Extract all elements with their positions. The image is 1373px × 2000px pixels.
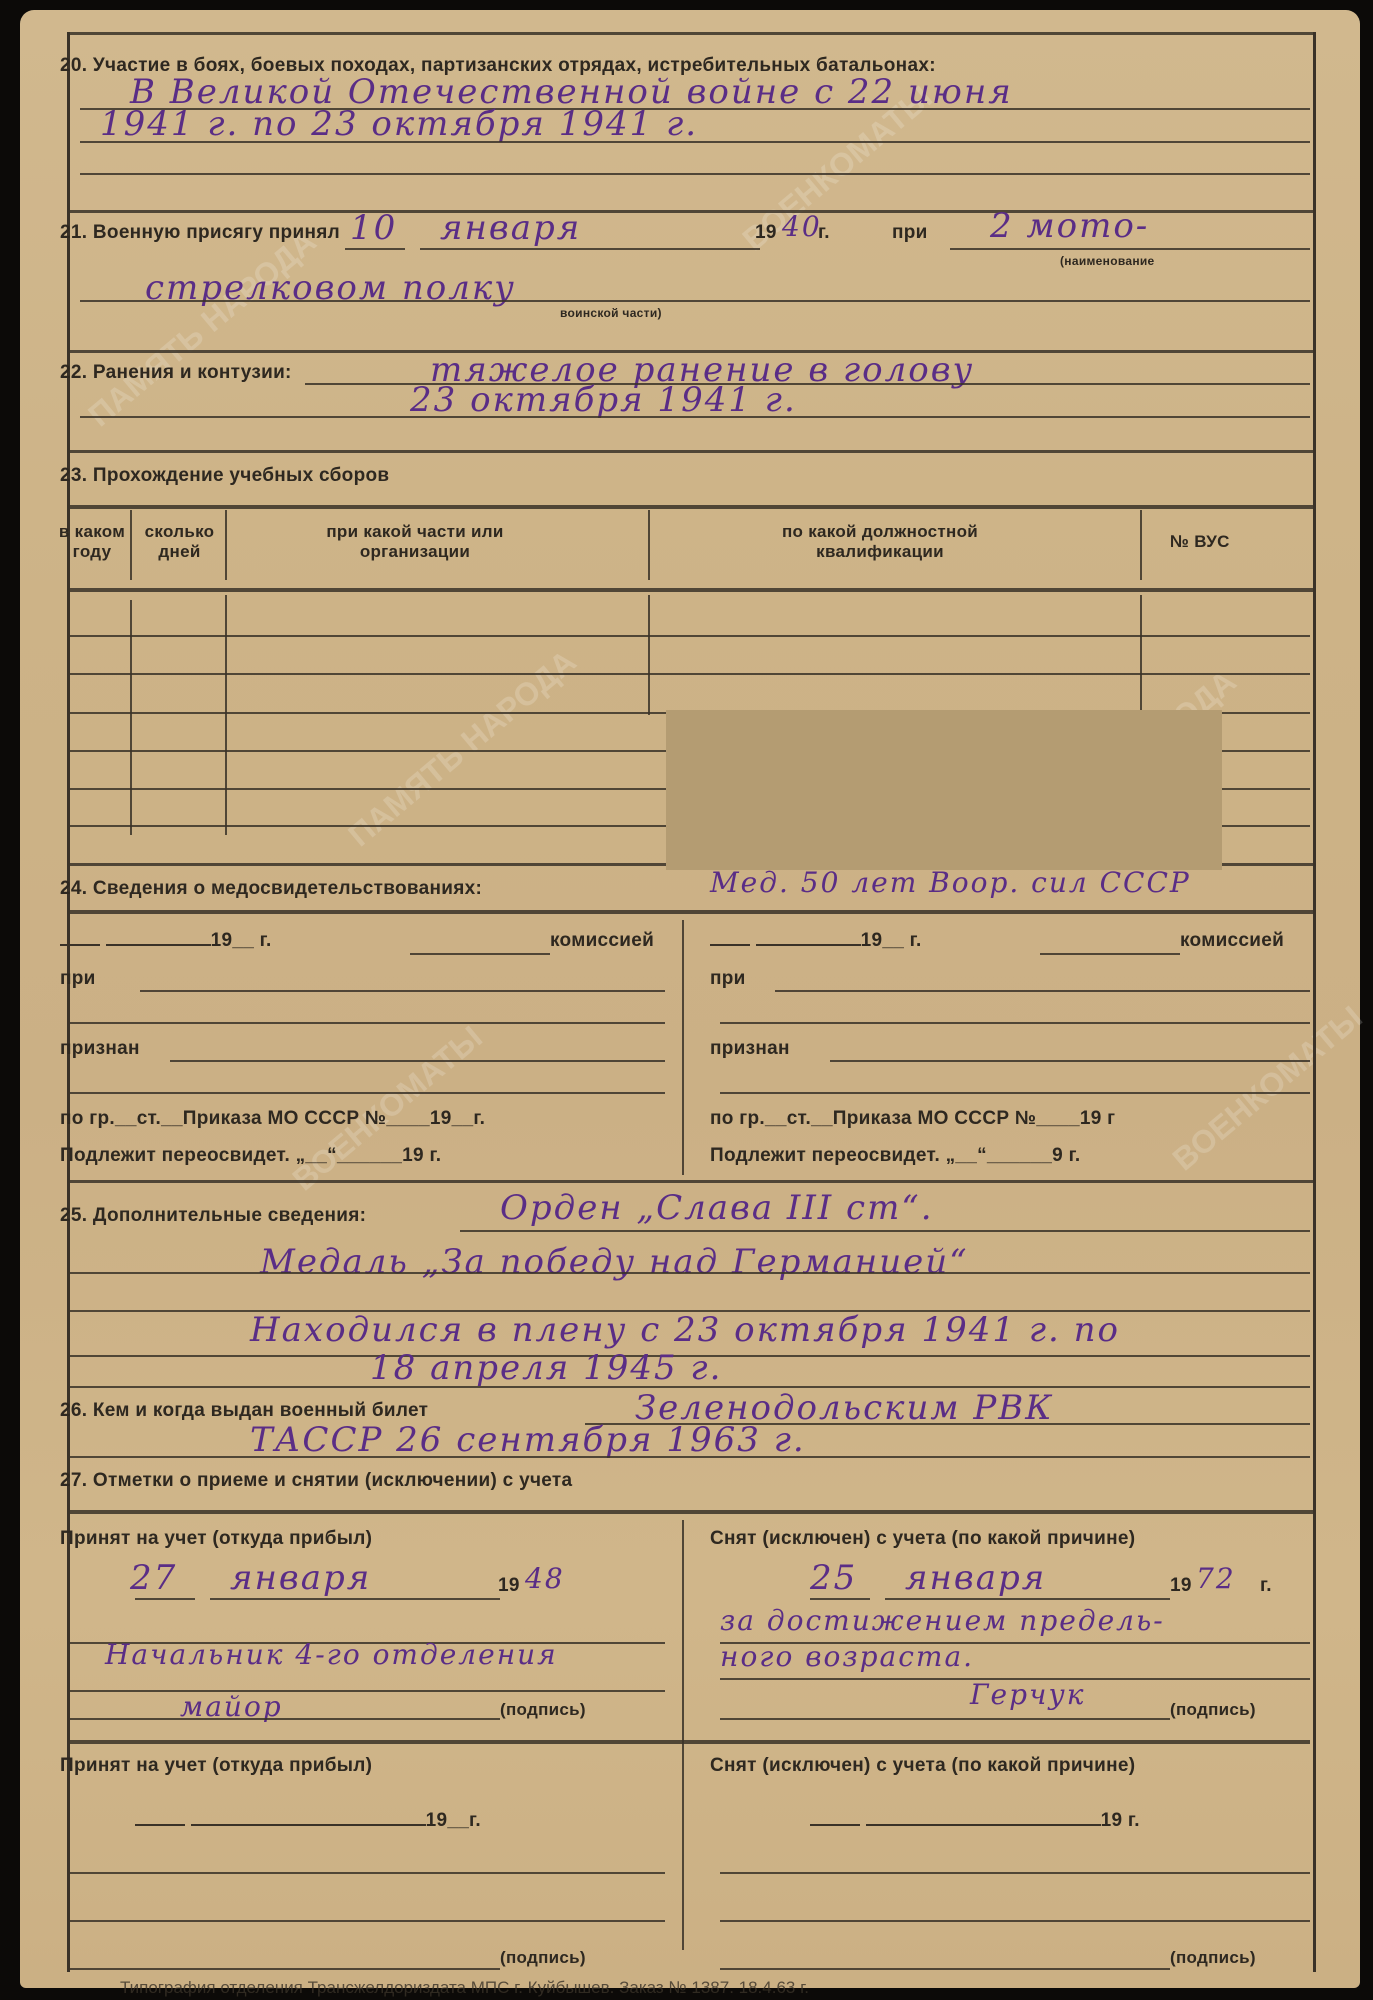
table-row [70,635,1310,637]
rule [80,416,1310,418]
oath-year-unit: г. [818,222,830,244]
section-22-label: 22. Ранения и контузии: [60,362,292,384]
rule [80,173,1310,175]
rule [67,450,1313,453]
rule [70,1718,500,1720]
rule [70,1872,665,1874]
rule [420,248,760,250]
accepted-label: Принят на учет (откуда прибыл) [60,1528,372,1550]
document-page: ВОЕНКОМАТЫ ПАМЯТЬ НАРОДА ПАМЯТЬ НАРОДА П… [20,10,1360,1988]
removed-label-2: Снят (исключен) с учета (по какой причин… [710,1755,1135,1777]
removed-year-unit: г. [1260,1575,1272,1597]
accepted-month: января [230,1558,371,1598]
rule [720,1920,1310,1922]
rule [70,1690,665,1692]
caption-unit-name: (наименование [1060,254,1155,268]
rule [810,1598,870,1600]
rule [720,1968,1170,1970]
removed-signature-caption: (подпись) [1170,1700,1256,1720]
rule [775,990,1310,992]
rule [720,1022,1310,1024]
accepted-signature-caption: (подпись) [500,1700,586,1720]
medical-right-order: по гр.__ст.__Приказа МО СССР №____19 г [710,1108,1115,1130]
medical-left-order: по гр.__ст.__Приказа МО СССР №____19__г. [60,1108,485,1130]
rule [140,990,665,992]
oath-unit-line1: 2 мото- [990,206,1149,246]
redacted-area [666,710,1222,870]
removed-date-2: 19 г. [810,1810,1140,1832]
removed-signature: Герчук [970,1678,1085,1711]
medical-left-at: при [60,968,96,990]
rule [225,595,227,835]
form-frame [67,32,1316,1972]
printer-footer: Типография отделения Трансжелдориздата М… [120,1978,809,1998]
medical-right-date: 19__ г. [710,930,922,952]
rule [345,248,405,250]
rule [67,32,1313,35]
rule [460,1230,1310,1232]
rule [67,588,1313,592]
rule [885,1598,1170,1600]
rule [67,910,1313,914]
rule [67,1180,1313,1183]
section-21-label: 21. Военную присягу принял [60,222,340,244]
rule [70,1456,1310,1458]
removed-day: 25 [810,1558,857,1598]
rule [1140,595,1142,715]
rule [682,920,684,1175]
rule [720,1718,1170,1720]
section-26-label: 26. Кем и когда выдан военный билет [60,1400,428,1422]
rule [70,1022,665,1024]
accepted-label-2: Принят на учет (откуда прибыл) [60,1755,372,1777]
rule [830,1060,1310,1062]
rule [720,1092,1310,1094]
caption-military-unit: воинской части) [560,306,662,320]
rule [648,510,650,580]
oath-year-suffix: 40 [782,210,822,243]
accepted-date-2: 19__г. [135,1810,481,1832]
oath-year-prefix: 19 [755,222,777,244]
section-23-label: 23. Прохождение учебных сборов [60,465,389,487]
rule [410,953,550,955]
col-vus: № ВУС [1170,532,1230,552]
rule [67,1510,1313,1514]
accepted-official-line1: Начальник 4-го отделения [105,1638,558,1671]
medical-left-recheck: Подлежит переосвидет. „__“______19 г. [60,1145,441,1167]
section-24-label: 24. Сведения о медосвидетельствованиях: [60,878,482,900]
rule [130,510,132,580]
additional-line2: Медаль „За победу над Германией“ [260,1242,969,1282]
oath-at-label: при [892,222,928,244]
rule [80,300,1310,302]
rule [70,1968,500,1970]
oath-unit-line2: стрелковом полку [145,268,516,308]
rule [720,1872,1310,1874]
removed-label: Снят (исключен) с учета (по какой причин… [710,1528,1135,1550]
removed-month: января [905,1558,1046,1598]
additional-line1: Орден „Слава III ст“. [500,1188,934,1228]
accepted-year-prefix: 19 [498,1575,520,1597]
section-20-handwritten-line2: 1941 г. по 23 октября 1941 г. [100,104,698,144]
oath-month: января [440,208,581,248]
rule [1140,510,1142,580]
oath-day: 10 [350,208,397,248]
rule [1040,953,1180,955]
rule [950,248,1310,250]
wounds-line2: 23 октября 1941 г. [410,380,797,420]
additional-line4: 18 апреля 1945 г. [370,1348,722,1388]
accepted-signature-caption-2: (подпись) [500,1948,586,1968]
rule [70,1740,1310,1744]
rule [170,1060,665,1062]
medical-right-recheck: Подлежит переосвидет. „__“______9 г. [710,1145,1080,1167]
medical-right-found: признан [710,1038,790,1060]
accepted-year-suffix: 48 [525,1562,565,1595]
rule [80,141,1310,143]
rule [210,1598,500,1600]
accepted-day: 27 [130,1558,177,1598]
removed-reason-line2: ного возраста. [720,1640,974,1673]
removed-year-prefix: 19 [1170,1575,1192,1597]
removed-reason-line1: за достижением предель- [720,1604,1165,1637]
medical-handwritten: Мед. 50 лет Воор. сил СССР [710,866,1191,899]
medical-left-found: признан [60,1038,140,1060]
rule [70,1272,1310,1274]
medical-left-commission: комиссией [550,930,654,952]
rule [225,510,227,580]
rule [70,1920,665,1922]
rule [648,595,650,715]
rule [682,1520,684,1950]
rule [67,505,1313,509]
section-25-label: 25. Дополнительные сведения: [60,1205,366,1227]
medical-left-date: 19__ г. [60,930,272,952]
medical-right-at: при [710,968,746,990]
col-unit: при какой части или организации [280,522,550,562]
section-27-label: 27. Отметки о приеме и снятии (исключени… [60,1470,572,1492]
table-row [70,673,1310,675]
col-year: в каком году [52,522,132,562]
col-days: сколько дней [132,522,227,562]
additional-line3: Находился в плену с 23 октября 1941 г. п… [250,1310,1120,1350]
col-qualification: по какой должностной квалификации [740,522,1020,562]
military-id-line2: ТАССР 26 сентября 1963 г. [250,1420,806,1460]
rule [135,1598,195,1600]
removed-signature-caption-2: (подпись) [1170,1948,1256,1968]
rule [70,1092,665,1094]
removed-year-suffix: 72 [1196,1562,1236,1595]
medical-right-commission: комиссией [1180,930,1284,952]
